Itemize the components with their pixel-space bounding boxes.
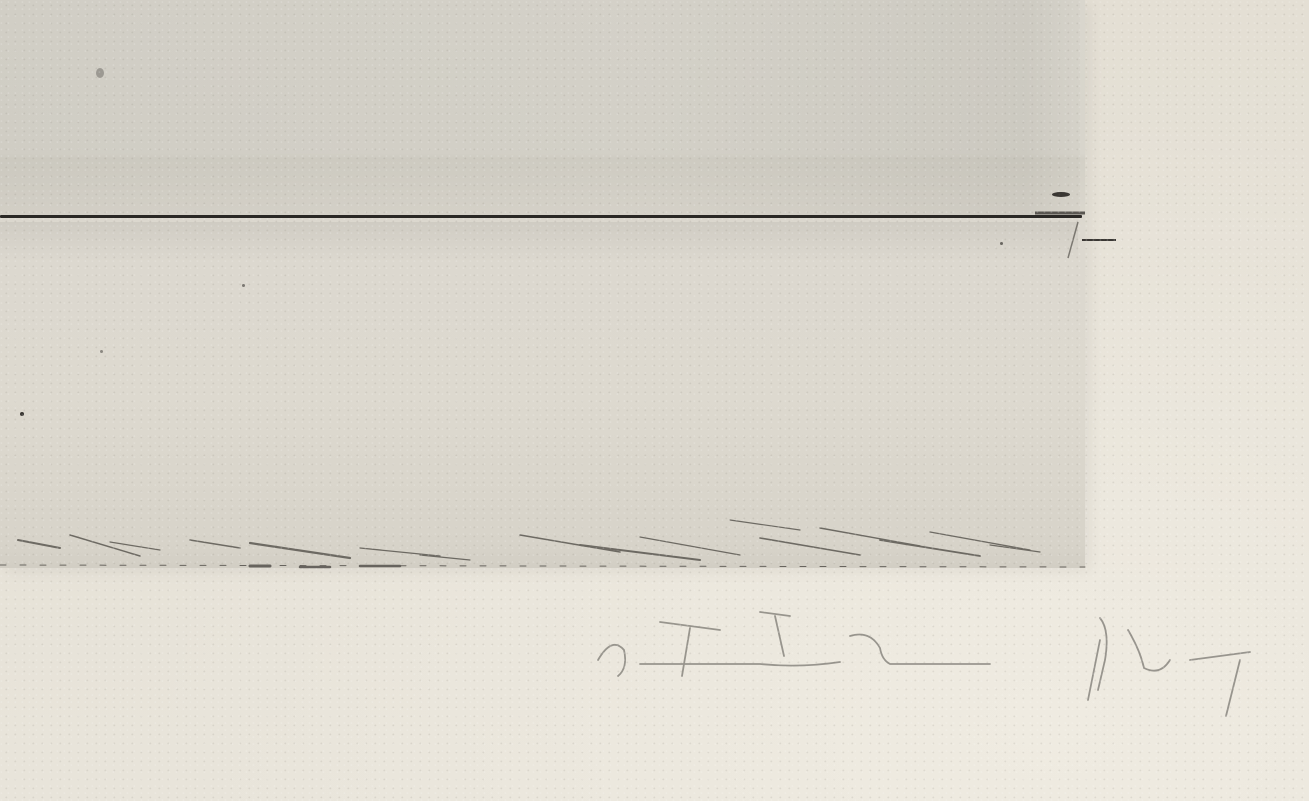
paper-grain bbox=[0, 0, 1309, 801]
